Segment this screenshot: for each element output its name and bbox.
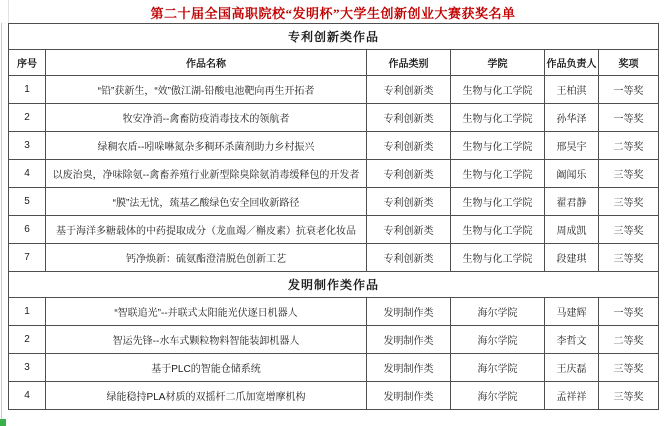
- table-row: 4以废治臭，净味除氨--禽畜养殖行业新型除臭除氨消毒缓释包的开发者专利创新类生物…: [9, 160, 659, 188]
- award-cell: 三等奖: [599, 354, 659, 382]
- top-gridline-artifact: [8, 0, 9, 23]
- table-row: 2智运先锋--水车式颗粒物料智能装卸机器人发明制作类海尔学院李哲文二等奖: [9, 326, 659, 354]
- leader-cell: 翟君静: [545, 188, 599, 216]
- work-title-cell: “膜”法无忧，巯基乙酸绿色安全回收新路径: [46, 188, 367, 216]
- leader-cell: 王庆磊: [545, 354, 599, 382]
- work-category-cell: 发明制作类: [367, 326, 451, 354]
- college-cell: 海尔学院: [451, 354, 545, 382]
- leader-cell: 孙华泽: [545, 104, 599, 132]
- table-row: 6基于海洋多糖载体的中药提取成分（龙血竭／槲皮素）抗衰老化妆品专利创新类生物与化…: [9, 216, 659, 244]
- award-cell: 三等奖: [599, 188, 659, 216]
- college-cell: 生物与化工学院: [451, 76, 545, 104]
- work-title-cell: “智联追光”--并联式太阳能光伏逐日机器人: [46, 298, 367, 326]
- award-cell: 三等奖: [599, 216, 659, 244]
- award-cell: 二等奖: [599, 132, 659, 160]
- table-row: 4绿能稳持PLA材质的双摇杆二爪加宽增摩机构发明制作类海尔学院孟祥祥三等奖: [9, 382, 659, 410]
- work-title-cell: 绿能稳持PLA材质的双摇杆二爪加宽增摩机构: [46, 382, 367, 410]
- row-index-cell: 1: [9, 298, 46, 326]
- col-header-title: 作品名称: [46, 50, 367, 76]
- leader-cell: 李哲文: [545, 326, 599, 354]
- work-title-cell: 钙净焕新：硫氨酯澄清脱色创新工艺: [46, 244, 367, 272]
- work-category-cell: 专利创新类: [367, 104, 451, 132]
- college-cell: 海尔学院: [451, 382, 545, 410]
- left-gridline-artifact: [1, 23, 2, 422]
- work-category-cell: 发明制作类: [367, 354, 451, 382]
- row-index-cell: 7: [9, 244, 46, 272]
- work-title-cell: “铅”获新生，“效”傲江湖-铅酸电池靶向再生开拓者: [46, 76, 367, 104]
- award-cell: 三等奖: [599, 160, 659, 188]
- row-index-cell: 5: [9, 188, 46, 216]
- leader-cell: 阚闻乐: [545, 160, 599, 188]
- college-cell: 生物与化工学院: [451, 244, 545, 272]
- work-category-cell: 专利创新类: [367, 244, 451, 272]
- leader-cell: 周成凯: [545, 216, 599, 244]
- work-title-cell: 智运先锋--水车式颗粒物料智能装卸机器人: [46, 326, 367, 354]
- row-index-cell: 1: [9, 76, 46, 104]
- work-title-cell: 基于海洋多糖载体的中药提取成分（龙血竭／槲皮素）抗衰老化妆品: [46, 216, 367, 244]
- work-category-cell: 发明制作类: [367, 382, 451, 410]
- award-cell: 一等奖: [599, 298, 659, 326]
- row-index-cell: 3: [9, 132, 46, 160]
- table-row: 3基于PLC的智能仓储系统发明制作类海尔学院王庆磊三等奖: [9, 354, 659, 382]
- award-cell: 三等奖: [599, 382, 659, 410]
- leader-cell: 邢昊宇: [545, 132, 599, 160]
- table-row: 1“智联追光”--并联式太阳能光伏逐日机器人发明制作类海尔学院马建辉一等奖: [9, 298, 659, 326]
- college-cell: 生物与化工学院: [451, 132, 545, 160]
- award-cell: 一等奖: [599, 104, 659, 132]
- leader-cell: 马建辉: [545, 298, 599, 326]
- page-title: 第二十届全国高职院校“发明杯”大学生创新创业大赛获奖名单: [0, 3, 666, 22]
- row-index-cell: 6: [9, 216, 46, 244]
- table-body: 专利创新类作品 序号 作品名称 作品类别 学院 作品负责人 奖项 1“铅”获新生…: [9, 24, 659, 410]
- work-category-cell: 专利创新类: [367, 76, 451, 104]
- leader-cell: 段建琪: [545, 244, 599, 272]
- section-header: 发明制作类作品: [9, 272, 659, 298]
- row-index-cell: 2: [9, 326, 46, 354]
- college-cell: 生物与化工学院: [451, 160, 545, 188]
- row-index-cell: 4: [9, 382, 46, 410]
- col-header-leader: 作品负责人: [545, 50, 599, 76]
- work-category-cell: 专利创新类: [367, 216, 451, 244]
- college-cell: 生物与化工学院: [451, 188, 545, 216]
- college-cell: 生物与化工学院: [451, 104, 545, 132]
- col-header-index: 序号: [9, 50, 46, 76]
- col-header-award: 奖项: [599, 50, 659, 76]
- table-row: 1“铅”获新生，“效”傲江湖-铅酸电池靶向再生开拓者专利创新类生物与化工学院王柏…: [9, 76, 659, 104]
- row-index-cell: 2: [9, 104, 46, 132]
- row-index-cell: 4: [9, 160, 46, 188]
- work-category-cell: 发明制作类: [367, 298, 451, 326]
- awards-table: 专利创新类作品 序号 作品名称 作品类别 学院 作品负责人 奖项 1“铅”获新生…: [8, 23, 659, 410]
- work-title-cell: 牧安净消--禽畜防疫消毒技术的领航者: [46, 104, 367, 132]
- section-header-row: 发明制作类作品: [9, 272, 659, 298]
- award-cell: 一等奖: [599, 76, 659, 104]
- section-header: 专利创新类作品: [9, 24, 659, 50]
- section-header-row: 专利创新类作品: [9, 24, 659, 50]
- work-title-cell: 基于PLC的智能仓储系统: [46, 354, 367, 382]
- leader-cell: 孟祥祥: [545, 382, 599, 410]
- selection-corner-mark: [0, 419, 6, 426]
- col-header-college: 学院: [451, 50, 545, 76]
- table-row: 2牧安净消--禽畜防疫消毒技术的领航者专利创新类生物与化工学院孙华泽一等奖: [9, 104, 659, 132]
- row-index-cell: 3: [9, 354, 46, 382]
- column-header-row: 序号 作品名称 作品类别 学院 作品负责人 奖项: [9, 50, 659, 76]
- work-category-cell: 专利创新类: [367, 188, 451, 216]
- award-cell: 二等奖: [599, 326, 659, 354]
- college-cell: 海尔学院: [451, 298, 545, 326]
- col-header-category: 作品类别: [367, 50, 451, 76]
- college-cell: 海尔学院: [451, 326, 545, 354]
- work-category-cell: 专利创新类: [367, 132, 451, 160]
- table-row: 7钙净焕新：硫氨酯澄清脱色创新工艺专利创新类生物与化工学院段建琪三等奖: [9, 244, 659, 272]
- work-title-cell: 绿稠农盾--吲哚啉氮杂多稠环杀菌剂助力乡村振兴: [46, 132, 367, 160]
- table-row: 5“膜”法无忧，巯基乙酸绿色安全回收新路径专利创新类生物与化工学院翟君静三等奖: [9, 188, 659, 216]
- work-category-cell: 专利创新类: [367, 160, 451, 188]
- award-cell: 三等奖: [599, 244, 659, 272]
- table-row: 3绿稠农盾--吲哚啉氮杂多稠环杀菌剂助力乡村振兴专利创新类生物与化工学院邢昊宇二…: [9, 132, 659, 160]
- leader-cell: 王柏淇: [545, 76, 599, 104]
- college-cell: 生物与化工学院: [451, 216, 545, 244]
- work-title-cell: 以废治臭，净味除氨--禽畜养殖行业新型除臭除氨消毒缓释包的开发者: [46, 160, 367, 188]
